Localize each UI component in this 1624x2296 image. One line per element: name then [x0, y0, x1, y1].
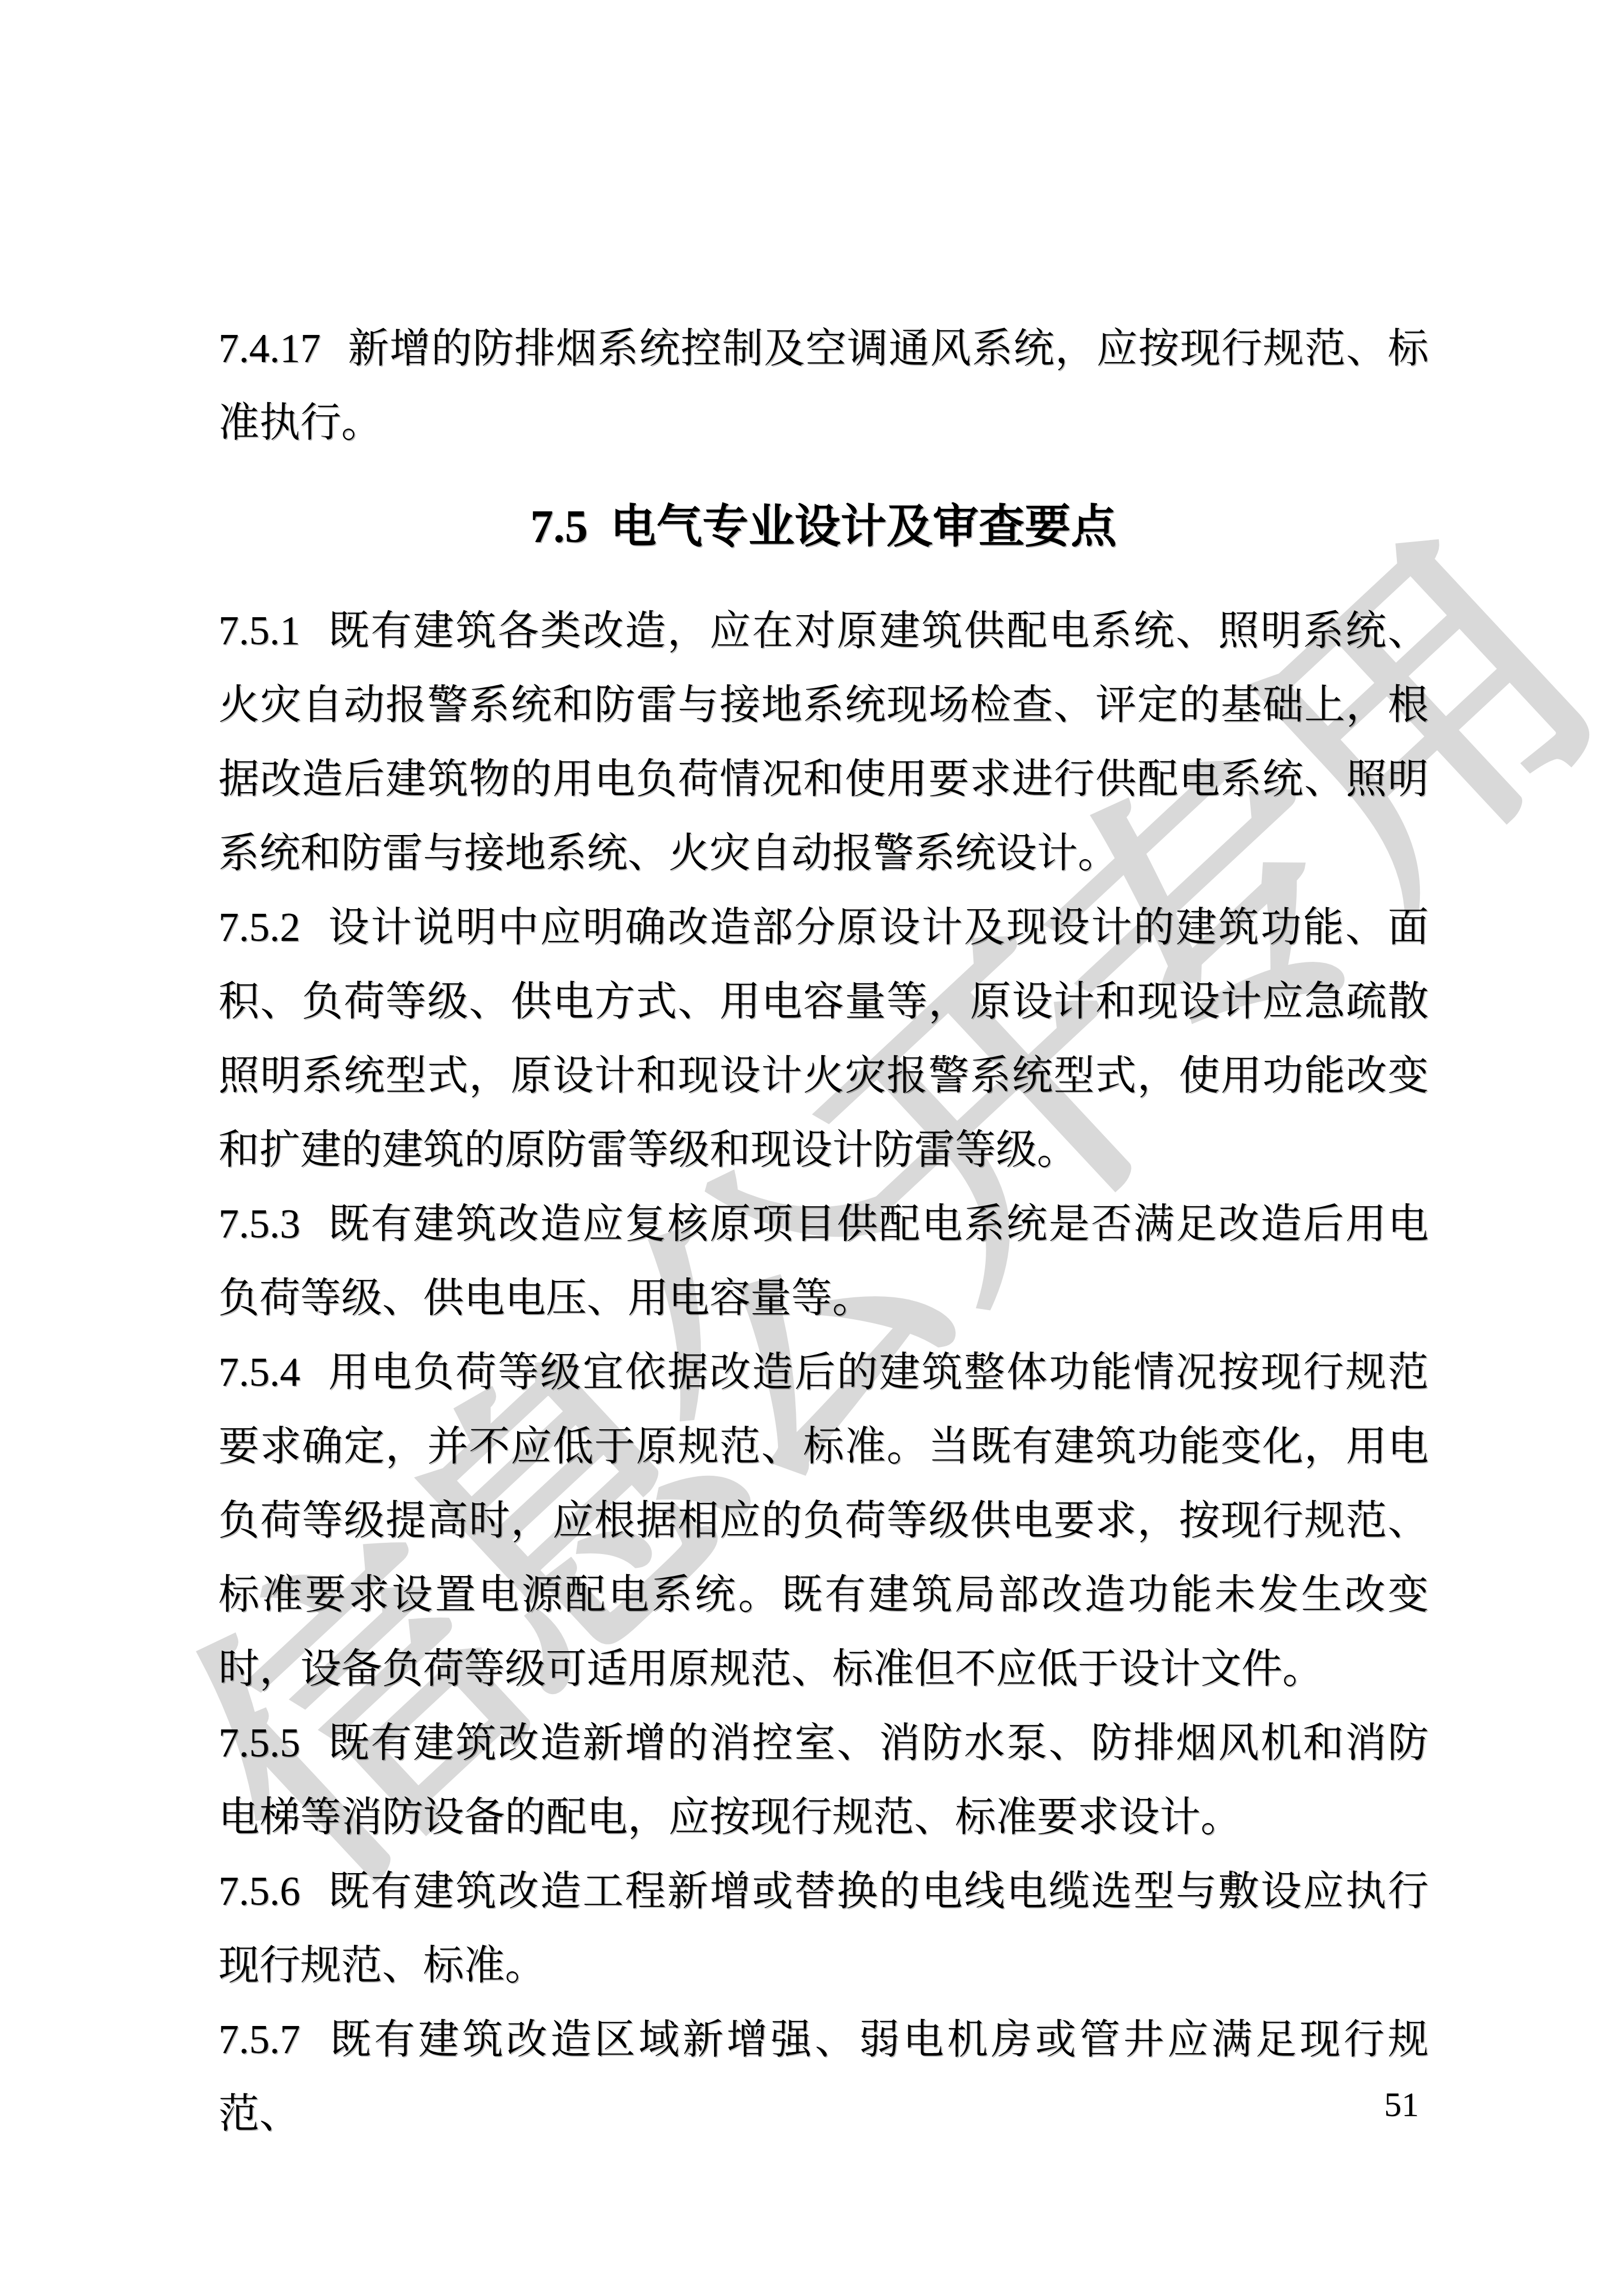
- clause-7-5-3: 7.5.3既有建筑改造应复核原项目供配电系统是否满足改造后用电负荷等级、供电电压…: [218, 1187, 1429, 1336]
- section-heading: 7.5电气专业设计及审查要点: [218, 489, 1429, 566]
- clause-number: 7.5.2: [218, 905, 300, 950]
- clause-text: 设计说明中应明确改造部分原设计及现设计的建筑功能、面积、负荷等级、供电方式、用电…: [218, 905, 1429, 1173]
- clause-7-4-17: 7.4.17新增的防排烟系统控制及空调通风系统，应按现行规范、标准执行。: [218, 312, 1429, 460]
- clause-number: 7.4.17: [218, 326, 321, 371]
- clause-7-5-2: 7.5.2设计说明中应明确改造部分原设计及现设计的建筑功能、面积、负荷等级、供电…: [218, 891, 1429, 1187]
- clause-text: 既有建筑改造工程新增或替换的电线电缆选型与敷设应执行现行规范、标准。: [218, 1869, 1429, 1988]
- page-number: 51: [1384, 2085, 1419, 2124]
- clause-number: 7.5.1: [218, 609, 300, 654]
- clause-text: 既有建筑改造区域新增强、弱电机房或管井应满足现行规范、: [218, 2017, 1429, 2136]
- section-heading-title: 电气专业设计及审查要点: [610, 502, 1117, 552]
- clause-7-5-6: 7.5.6既有建筑改造工程新增或替换的电线电缆选型与敷设应执行现行规范、标准。: [218, 1855, 1429, 2003]
- section-heading-number: 7.5: [530, 502, 588, 552]
- clause-7-5-5: 7.5.5既有建筑改造新增的消控室、消防水泵、防排烟风机和消防电梯等消防设备的配…: [218, 1706, 1429, 1855]
- clause-number: 7.5.3: [218, 1202, 300, 1247]
- clause-7-5-4: 7.5.4用电负荷等级宜依据改造后的建筑整体功能情况按现行规范要求确定，并不应低…: [218, 1336, 1429, 1706]
- document-page: 信息公开专用 7.4.17新增的防排烟系统控制及空调通风系统，应按现行规范、标准…: [0, 0, 1624, 2296]
- clause-text: 新增的防排烟系统控制及空调通风系统，应按现行规范、标准执行。: [218, 326, 1429, 445]
- page-content: 7.4.17新增的防排烟系统控制及空调通风系统，应按现行规范、标准执行。 7.5…: [218, 312, 1429, 2151]
- clause-number: 7.5.4: [218, 1350, 300, 1395]
- clause-number: 7.5.6: [218, 1869, 300, 1914]
- clause-text: 用电负荷等级宜依据改造后的建筑整体功能情况按现行规范要求确定，并不应低于原规范、…: [218, 1350, 1429, 1692]
- clause-text: 既有建筑各类改造，应在对原建筑供配电系统、照明系统、火灾自动报警系统和防雷与接地…: [218, 609, 1429, 876]
- clause-text: 既有建筑改造新增的消控室、消防水泵、防排烟风机和消防电梯等消防设备的配电，应按现…: [218, 1721, 1429, 1840]
- clause-number: 7.5.7: [218, 2017, 300, 2062]
- clause-7-5-1: 7.5.1既有建筑各类改造，应在对原建筑供配电系统、照明系统、火灾自动报警系统和…: [218, 594, 1429, 891]
- clause-text: 既有建筑改造应复核原项目供配电系统是否满足改造后用电负荷等级、供电电压、用电容量…: [218, 1202, 1429, 1321]
- clause-number: 7.5.5: [218, 1721, 300, 1766]
- clause-7-5-7: 7.5.7既有建筑改造区域新增强、弱电机房或管井应满足现行规范、: [218, 2003, 1429, 2151]
